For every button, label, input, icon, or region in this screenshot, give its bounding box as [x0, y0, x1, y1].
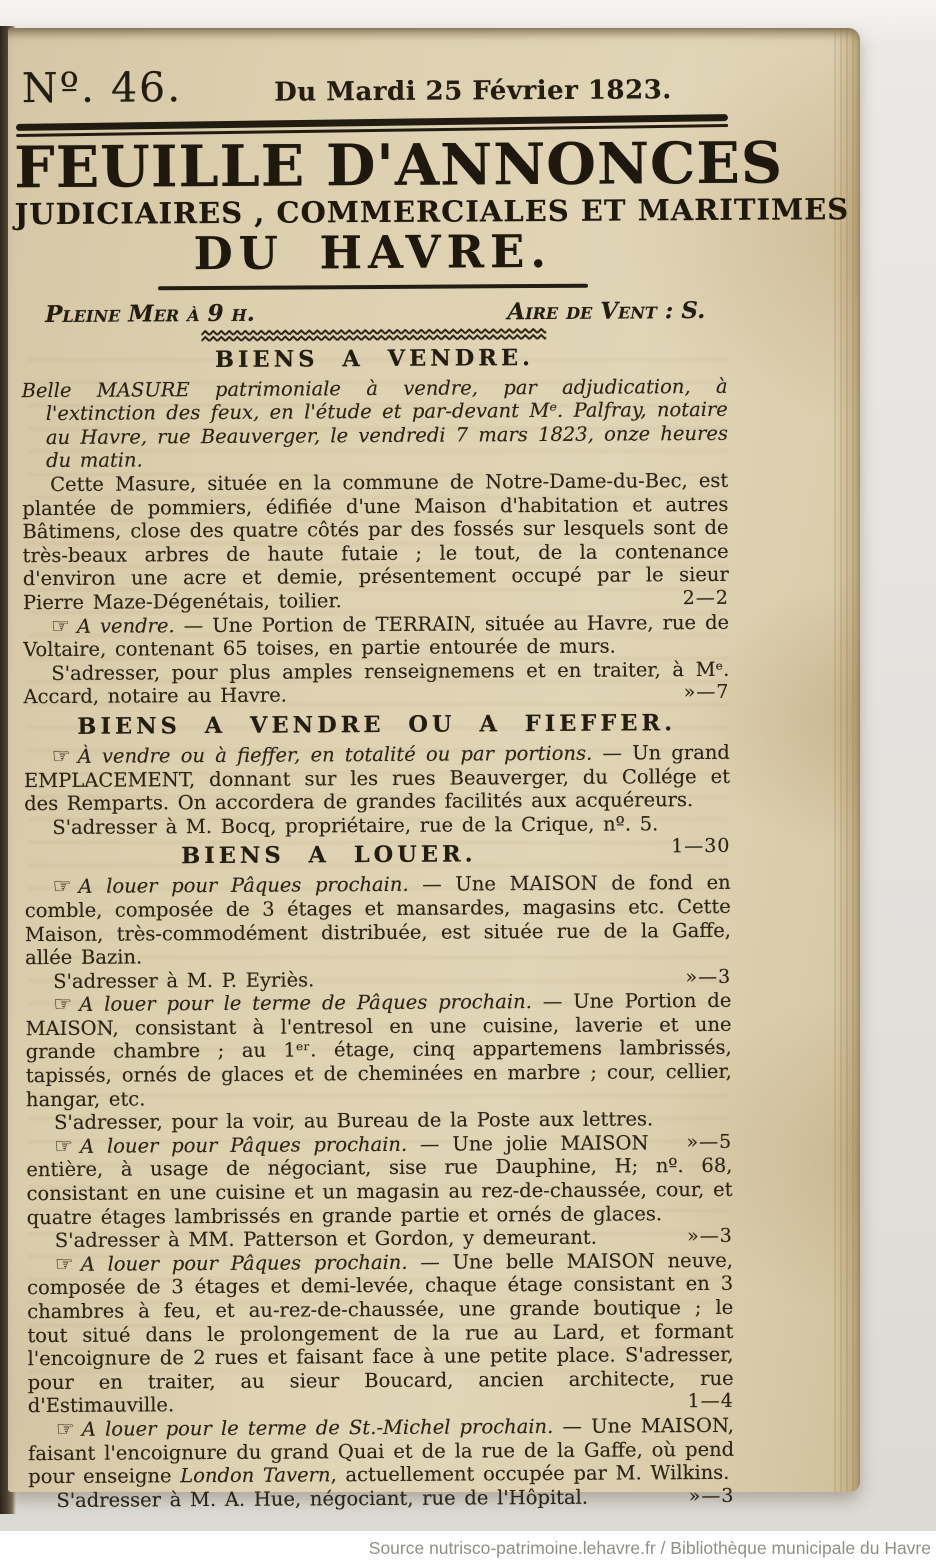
announcement-paragraph: Cette Masure, située en la commune de No…: [22, 469, 729, 615]
page-fore-edge: [834, 28, 860, 1492]
announcement-text: Belle MASURE patrimoniale à vendre, par …: [22, 374, 728, 472]
insertion-count-mark: »—7: [656, 681, 730, 705]
announcement-paragraph: ☞A louer pour Pâques prochain. — Une jol…: [26, 1131, 733, 1230]
page-top-edge: [8, 28, 860, 40]
announcement-text: S'adresser, pour la voir, au Bureau de l…: [54, 1108, 653, 1135]
manicule-pointing-hand-icon: ☞: [55, 1252, 74, 1276]
masthead-rule: [158, 283, 588, 290]
masthead-city: DU HAVRE.: [15, 228, 731, 278]
section-heading: BIENS A VENDRE.: [21, 343, 727, 373]
announcement-paragraph: ☞A louer pour Pâques prochain. — Une MAI…: [25, 871, 732, 970]
announcement-paragraph: S'adresser à M. A. Hue, négociant, rue d…: [28, 1485, 734, 1513]
manicule-pointing-hand-icon: ☞: [51, 613, 70, 637]
announcement-text: A louer pour Pâques prochain.: [78, 873, 408, 898]
announcement-text: S'adresser à M. Bocq, propriétaire, rue …: [52, 812, 658, 839]
announcement-paragraph: ☞A louer pour le terme de Pâques prochai…: [25, 989, 732, 1111]
source-attribution-bar: Source nutrisco-patrimoine.lehavre.fr / …: [0, 1531, 936, 1566]
announcement-text: À vendre ou à fieffer, en totalité ou pa…: [78, 742, 593, 768]
manicule-pointing-hand-icon: ☞: [54, 1134, 73, 1158]
announcement-text: , actuellement occupée par M. Wilkins.: [330, 1461, 729, 1486]
announcement-paragraph: ☞A louer pour Pâques prochain. — Une bel…: [27, 1249, 734, 1418]
tide-wind-row: Pleine Mer à 9 h. Aire de Vent : S.: [15, 294, 731, 327]
insertion-count-mark: »—5: [658, 1131, 732, 1155]
announcement-text: A vendre.: [77, 614, 175, 638]
announcement-paragraph: ☞À vendre ou à fieffer, en totalité ou p…: [24, 741, 730, 816]
printed-page-content: Nº. 46. Du Mardi 25 Février 1823. FEUILL…: [14, 40, 739, 1513]
announcement-text: Cette Masure, située en la commune de No…: [22, 469, 729, 614]
masthead: FEUILLE D'ANNONCES JUDICIAIRES , COMMERC…: [14, 134, 731, 278]
manicule-pointing-hand-icon: ☞: [53, 992, 72, 1016]
insertion-count-mark: 1—4: [660, 1390, 734, 1414]
zigzag-ornament-icon: [201, 328, 546, 342]
wind-info: Aire de Vent : S.: [507, 297, 705, 325]
masthead-title: FEUILLE D'ANNONCES: [14, 134, 730, 199]
announcement-text: A louer pour le terme de Pâques prochain…: [79, 990, 532, 1016]
announcement-paragraph: ☞A vendre. — Une Portion de TERRAIN, sit…: [23, 610, 729, 661]
insertion-count-mark: 1—30: [643, 835, 730, 859]
announcement-text: A louer pour le terme de St.-Michel proc…: [82, 1415, 554, 1441]
source-attribution-text: Source nutrisco-patrimoine.lehavre.fr / …: [369, 1538, 931, 1559]
insertion-count-mark: »—3: [657, 966, 731, 990]
insertion-count-mark: 2—2: [655, 587, 729, 611]
insertion-count-mark: »—3: [661, 1485, 735, 1509]
announcement-paragraph: ☞A louer pour le terme de St.-Michel pro…: [28, 1414, 734, 1489]
announcement-text: S'adresser à M. A. Hue, négociant, rue d…: [56, 1485, 588, 1511]
section-heading: BIENS A VENDRE OU A FIEFFER.: [24, 710, 730, 740]
announcement-paragraph: S'adresser, pour plus amples renseigneme…: [23, 658, 729, 709]
issue-header-row: Nº. 46. Du Mardi 25 Février 1823.: [14, 60, 730, 112]
manicule-pointing-hand-icon: ☞: [52, 744, 71, 768]
announcement-paragraph: Belle MASURE patrimoniale à vendre, par …: [22, 374, 729, 473]
announcement-paragraph: S'adresser à M. Bocq, propriétaire, rue …: [24, 812, 730, 840]
tide-info: Pleine Mer à 9 h.: [45, 299, 255, 327]
issue-date: Du Mardi 25 Février 1823.: [274, 75, 672, 107]
announcement-text: A louer pour Pâques prochain.: [81, 1251, 408, 1276]
manicule-pointing-hand-icon: ☞: [56, 1417, 75, 1441]
manicule-pointing-hand-icon: ☞: [53, 874, 72, 898]
issue-number: Nº. 46.: [22, 63, 183, 112]
announcement-text: S'adresser à MM. Patterson et Gordon, y …: [55, 1226, 597, 1252]
newspaper-page-scan: Nº. 46. Du Mardi 25 Février 1823. FEUILL…: [8, 28, 860, 1492]
announcements: BIENS A VENDRE.Belle MASURE patrimoniale…: [15, 343, 738, 1512]
section-heading: BIENS A LOUER.: [24, 840, 730, 870]
announcement-text: S'adresser à M. P. Eyriès.: [53, 968, 314, 993]
announcement-text: S'adresser, pour plus amples renseigneme…: [23, 658, 729, 709]
announcement-text: London Tavern: [180, 1463, 330, 1487]
announcement-text: A louer pour Pâques prochain.: [80, 1133, 407, 1158]
insertion-count-mark: »—3: [659, 1225, 733, 1249]
